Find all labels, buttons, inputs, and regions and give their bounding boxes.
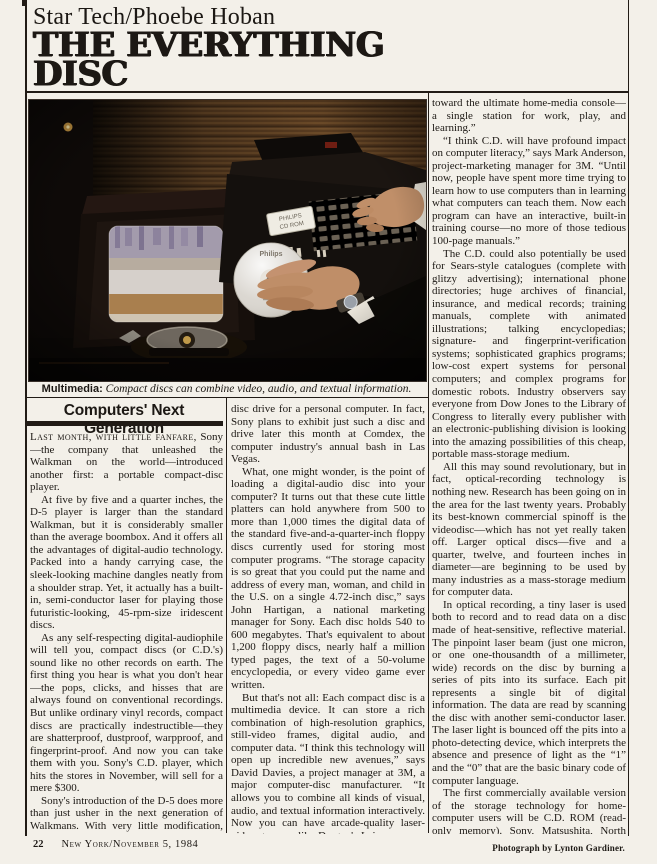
column-divider-1 — [226, 397, 227, 833]
paragraph: All this may sound revolutionary, but in… — [432, 461, 626, 599]
paragraph: disc drive for a personal computer. In f… — [231, 403, 425, 466]
paragraph: “I think C.D. will have profound impact … — [432, 135, 626, 248]
photo-illustration: PHILIPS CD ROM Philips — [29, 100, 426, 381]
paragraph: At five by five and a quarter inches, th… — [30, 494, 223, 632]
article-photo: PHILIPS CD ROM Philips — [28, 99, 427, 382]
paragraph: In optical recording, a tiny laser is us… — [432, 599, 626, 787]
paragraph: Last month, with little fanfare, Sony—th… — [30, 431, 223, 494]
article-column-3: toward the ultimate home-media console—a… — [432, 97, 626, 834]
paragraph: But that's not all: Each compact disc is… — [231, 692, 425, 834]
photo-vignette — [29, 100, 426, 381]
magazine-page: Star Tech/Phoebe Hoban THE EVERYTHING DI… — [0, 0, 657, 864]
right-page-rule — [628, 0, 629, 836]
page-number: 22 — [33, 839, 44, 850]
photo-caption-label: Multimedia: — [42, 383, 103, 395]
photo-caption-text: Compact discs can combine video, audio, … — [106, 383, 412, 395]
article-title-line2: DISC — [33, 60, 128, 89]
paragraph: The first commercially available version… — [432, 787, 626, 834]
article-column-2: disc drive for a personal computer. In f… — [231, 403, 425, 834]
paragraph: As any self-respecting digital-audiophil… — [30, 632, 223, 795]
column-divider-2 — [428, 91, 429, 833]
lead-smallcaps: Last month, with little fanfare, — [30, 431, 197, 443]
paragraph: What, one might wonder, is the point of … — [231, 466, 425, 692]
photo-credit: Photograph by Lynton Gardiner. — [425, 843, 625, 853]
page-footer: 22New York/November 5, 1984 — [33, 839, 198, 850]
paragraph: Sony's introduction of the D-5 does more… — [30, 795, 223, 834]
paragraph: The C.D. could also potentially be used … — [432, 248, 626, 461]
section-heading-bar — [25, 421, 223, 426]
paragraph: toward the ultimate home-media console—a… — [432, 97, 626, 135]
article-column-1: Last month, with little fanfare, Sony—th… — [30, 431, 223, 834]
photo-caption: Multimedia: Compact discs can combine vi… — [25, 383, 428, 395]
magazine-name-date: New York/November 5, 1984 — [62, 839, 199, 850]
